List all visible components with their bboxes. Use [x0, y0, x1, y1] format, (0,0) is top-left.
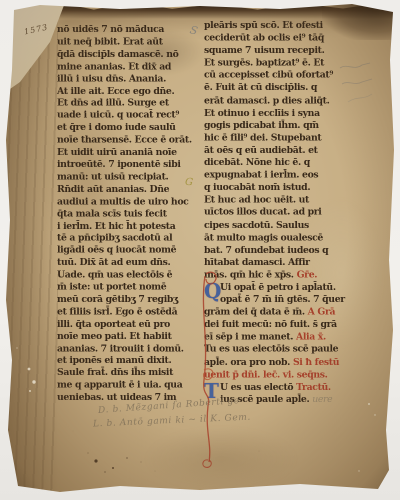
manuscript-photo: 1573 S G nō uidēs 7 nō māducauit neq̄ bi… [0, 0, 400, 500]
dark-speckle-stains [0, 0, 2, 2]
edge-vignette [0, 0, 400, 500]
white-fleck-damage [0, 0, 2, 2]
parchment-leaf: 1573 S G nō uidēs 7 nō māducauit neq̄ bi… [0, 0, 400, 500]
